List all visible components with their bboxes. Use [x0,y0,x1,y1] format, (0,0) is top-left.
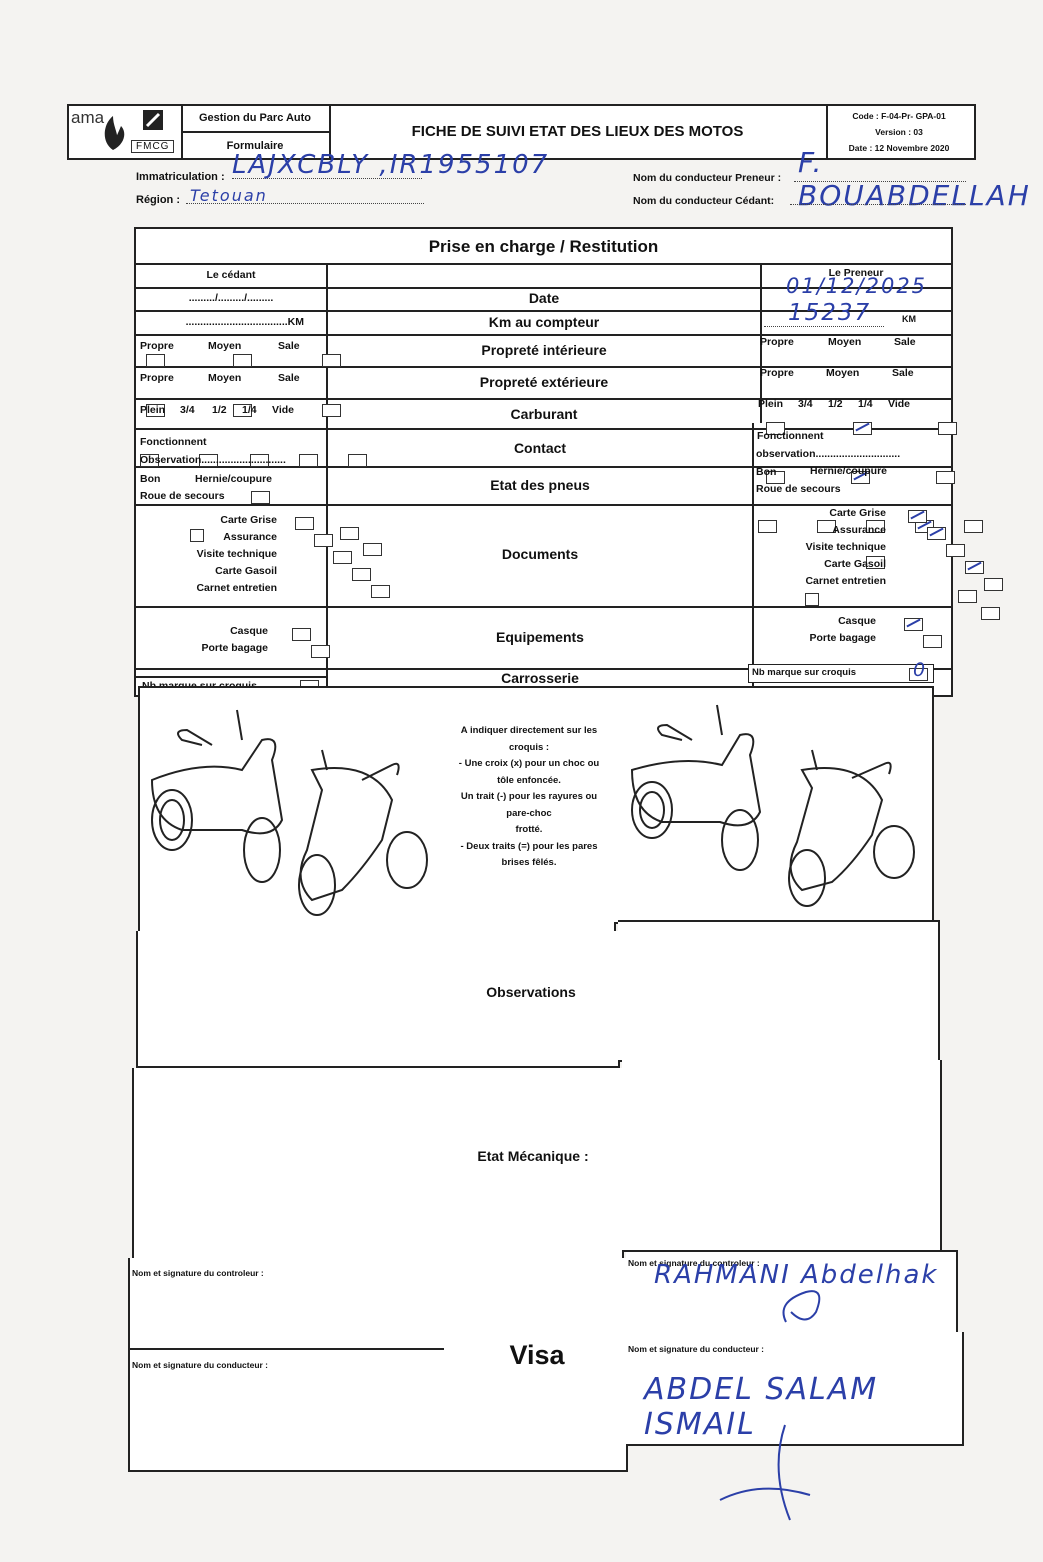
row-carrosserie: Carrosserie [328,670,752,686]
preneur-proprete_ext_checked-option-label: Moyen [826,367,859,379]
cedant-km-field[interactable]: ...................................KM [136,316,304,328]
cedant-controleur-signature[interactable]: Nom et signature du controleur : [128,1258,448,1350]
cedant-carburant_checked-option-label: 3/4 [180,404,195,416]
cedant-contact-checkbox[interactable] [251,491,270,504]
cedant-documents-label: Carte Gasoil [140,565,277,577]
preneur-contact-label: Fonctionnent [757,430,824,442]
preneur-proprete_int_checked-checkbox[interactable] [938,422,957,435]
cedant-roue-checkbox[interactable] [363,543,382,556]
cedant-proprete_int_checked-option-label: Moyen [208,340,241,352]
preneur-proprete_int_checked-option-label: Propre [760,336,794,348]
cedant-roue-label: Roue de secours [140,490,225,502]
doc-version: Version : 03 [826,124,972,140]
row-etat-mecanique: Etat Mécanique : [446,1148,620,1164]
doc-code: Code : F-04-Pr- GPA-01 [826,108,972,124]
cedant-date-field[interactable]: ........./........./......... [136,292,326,304]
observations-cedant[interactable] [136,931,448,1068]
preneur-documents-checkbox[interactable] [965,561,984,574]
preneur-proprete_ext_checked-checkbox[interactable] [936,471,955,484]
preneur-equipements-label: Porte bagage [756,632,876,644]
preneur-equipements-checkbox[interactable] [923,635,942,648]
row-pneus: Etat des pneus [328,477,752,493]
croquis-instruction-line: brises fêlés. [446,855,612,872]
cedant-documents-checkbox[interactable] [352,568,371,581]
preneur-documents-checkbox[interactable] [946,544,965,557]
preneur-km-field[interactable]: 15237 [788,300,871,326]
row-date: Date [328,290,760,306]
cedant-equipements-checkbox[interactable] [292,628,311,641]
preneur-documents-label: Carnet entretien [756,575,886,587]
cedant-proprete_int_checked-option-label: Propre [140,340,174,352]
preneur-carburant_checked-option-label: Plein [758,398,783,410]
preneur-pneus-hernie-label: Hernie/coupure [810,465,887,477]
preneur-documents-label: Assurance [756,524,886,536]
croquis-instruction-line: tôle enfoncée. [446,773,612,790]
croquis-instruction-line: - Une croix (x) pour un choc ou [446,756,612,773]
preneur-controleur-signature[interactable]: Nom et signature du controleur : RAHMANI… [626,1250,958,1336]
preneur-pneus-bon-checkbox[interactable] [805,593,819,606]
croquis-instruction-line: frotté. [446,822,612,839]
preneur-nb-marque-label: Nb marque sur croquis [752,667,856,678]
preneur-proprete_ext_checked-option-label: Propre [760,367,794,379]
croquis-instruction-line: pare-choc [446,806,612,823]
preneur-proprete_int_checked-option-label: Sale [894,336,916,348]
row-observations: Observations [446,984,616,1000]
preneur-km-unit: KM [902,314,916,324]
cedant-pneus-hernie-label: Hernie/coupure [195,473,272,485]
row-carburant: Carburant [328,406,760,422]
row-documents: Documents [328,546,752,562]
row-proprete-ext: Propreté extérieure [328,374,760,390]
cedant-documents-label: Carnet entretien [140,582,277,594]
row-proprete-int: Propreté intérieure [328,342,760,358]
preneur-documents-checkbox[interactable] [984,578,1003,591]
cedant-documents-label: Visite technique [140,548,277,560]
preneur-proprete_int_checked-option-label: Moyen [828,336,861,348]
cedant-carburant_checked-option-label: 1/4 [242,404,257,416]
section-title: Prise en charge / Restitution [136,229,951,265]
preneur-field[interactable]: F. BOUABDELLAH [798,146,1043,212]
cedant-carburant_checked-option-label: Vide [272,404,294,416]
cedant-name-label: Nom du conducteur Cédant: [633,195,774,207]
cedant-carburant_checked-option-label: 1/2 [212,404,227,416]
cedant-documents-checkbox[interactable] [295,517,314,530]
conducteur-signature-scribble-icon [700,1420,820,1540]
croquis-instruction-line: A indiquer directement sur les [446,723,612,740]
logo-area: ama FMCG [69,106,183,158]
cedant-equipements-checkbox[interactable] [311,645,330,658]
preneur-label: Nom du conducteur Preneur : [633,172,781,184]
cedant-proprete_ext_checked-option-label: Propre [140,372,174,384]
preneur-km-line [764,326,884,327]
preneur-conducteur-label: Nom et signature du conducteur : [628,1344,764,1354]
region-label: Région : [136,194,180,206]
cedant-equipements-label: Casque [140,625,268,637]
cedant-proprete_ext_checked-option-label: Moyen [208,372,241,384]
preneur-nb-marque-row: Nb marque sur croquis 0 [748,664,934,683]
col-cedant-header: Le cédant [136,269,326,281]
fmcg-logo: FMCG [131,140,174,153]
cedant-carburant_checked-checkbox[interactable] [299,454,318,467]
etat-mecanique-cedant[interactable] [132,1068,448,1260]
croquis-instruction-line: croquis : [446,740,612,757]
preneur-carburant_checked-option-label: 1/2 [828,398,843,410]
preneur-equipements-label: Casque [756,615,876,627]
preneur-roue-label: Roue de secours [756,483,841,495]
visa-label: Visa [446,1340,628,1371]
cedant-carburant_checked-checkbox[interactable] [348,454,367,467]
cedant-proprete_int_checked-checkbox[interactable] [322,354,341,367]
cedant-documents-checkbox[interactable] [314,534,333,547]
cedant-documents-checkbox[interactable] [333,551,352,564]
scooter-sketch-left [142,700,442,925]
cedant-equipements-label: Porte bagage [140,642,268,654]
cedant-contact-label: Fonctionnent [140,436,207,448]
cedant-pneus-hernie-checkbox[interactable] [340,527,359,540]
croquis-instruction-line: Un trait (-) pour les rayures ou [446,789,612,806]
preneur-proprete_int_checked-checkbox[interactable] [853,422,872,435]
etat-mecanique-preneur[interactable] [622,1060,942,1252]
observations-preneur[interactable] [618,920,940,1062]
preneur-carburant_checked-option-label: Vide [888,398,910,410]
divider [752,423,754,693]
preneur-equipements-checkbox[interactable] [904,618,923,631]
cedant-conducteur-label: Nom et signature du conducteur : [132,1360,268,1370]
leaf-icon [99,110,129,154]
cedant-carburant_checked-option-label: Plein [140,404,165,416]
region-field[interactable]: Tetouan [190,186,268,205]
preneur-roue-checkbox[interactable] [981,607,1000,620]
preneur-pneus-hernie-checkbox[interactable] [958,590,977,603]
cedant-name-field[interactable] [790,204,966,205]
cedant-proprete_ext_checked-option-label: Sale [278,372,300,384]
preneur-date-field[interactable]: 01/12/2025 [786,274,927,298]
preneur-carburant_checked-option-label: 3/4 [798,398,813,410]
cedant-documents-label: Carte Grise [140,514,277,526]
cedant-proprete_int_checked-checkbox[interactable] [233,354,252,367]
cedant-controleur-label: Nom et signature du controleur : [132,1268,264,1278]
croquis-instruction-line: - Deux traits (=) pour les pares [446,839,612,856]
section-title-row: Prise en charge / Restitution [134,227,953,265]
cedant-proprete_ext_checked-checkbox[interactable] [322,404,341,417]
preneur-documents-checkbox[interactable] [908,510,927,523]
preneur-documents-label: Carte Grise [756,507,886,519]
preneur-documents-checkbox[interactable] [927,527,946,540]
preneur-proprete_ext_checked-option-label: Sale [892,367,914,379]
immatriculation-label: Immatriculation : [136,171,225,183]
preneur-carburant_checked-option-label: 1/4 [858,398,873,410]
cedant-observation-field[interactable]: Observation............................. [140,454,286,466]
cedant-proprete_int_checked-checkbox[interactable] [146,354,165,367]
cedant-documents-checkbox[interactable] [371,585,390,598]
row-equipements: Equipements [328,629,752,645]
preneur-documents-label: Carte Gasoil [756,558,886,570]
scooter-sketch-right [622,700,927,910]
preneur-observation-field[interactable]: observation............................. [756,448,900,460]
cedant-pneus-bon-label: Bon [140,473,160,485]
preneur-documents-label: Visite technique [756,541,886,553]
cedant-proprete_int_checked-option-label: Sale [278,340,300,352]
fmcg-logo-icon [139,108,167,134]
department-label: Gestion du Parc Auto [181,106,329,133]
preneur-pneus-bon-label: Bon [756,466,776,478]
preneur-carburant_checked-checkbox[interactable] [964,520,983,533]
signature-scribble-icon [776,1282,836,1332]
row-contact: Contact [328,440,752,456]
immatriculation-field[interactable]: LAJXCBLY ,IR1955107 [232,150,549,180]
cedant-documents-label: Assurance [140,531,277,543]
row-km: Km au compteur [328,314,760,330]
cedant-conducteur-signature[interactable]: Nom et signature du conducteur : [128,1348,448,1472]
